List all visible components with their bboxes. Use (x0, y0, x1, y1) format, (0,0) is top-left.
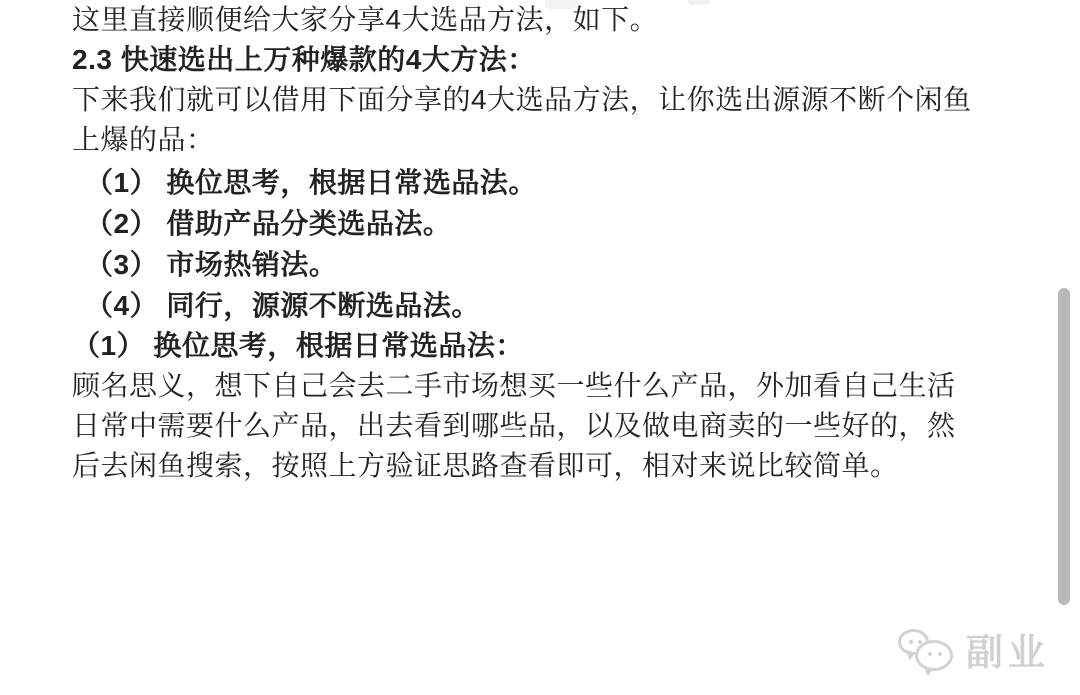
sub-paragraph: 顾名思义，想下自己会去二手市场想买一些什么产品，外加看自己生活日常中需要什么产品… (72, 366, 982, 486)
bubble-eye (928, 652, 932, 656)
method-list: （1） 换位思考，根据日常选品法。 （2） 借助产品分类选品法。 （3） 市场热… (72, 162, 982, 326)
wechat-icon (898, 629, 956, 677)
method-item-4: （4） 同行，源源不断选品法。 (85, 285, 982, 326)
bubble-tail (921, 666, 933, 677)
article-body: 这里直接顺便给大家分享4大选品方法，如下。 2.3 快速选出上万种爆款的4大方法… (72, 0, 982, 486)
watermark: 副业 (898, 629, 1050, 677)
sub-heading: （1） 换位思考，根据日常选品法： (72, 326, 982, 366)
intro-paragraph: 这里直接顺便给大家分享4大选品方法，如下。 (72, 0, 982, 40)
method-item-2: （2） 借助产品分类选品法。 (85, 203, 982, 244)
section-heading: 2.3 快速选出上万种爆款的4大方法： (72, 40, 982, 80)
method-item-3: （3） 市场热销法。 (85, 244, 982, 285)
bubble-tail (903, 650, 915, 662)
watermark-label: 副业 (966, 629, 1050, 677)
chat-bubble-large (915, 640, 953, 671)
bubble-eye (909, 640, 913, 644)
section-intro-paragraph: 下来我们就可以借用下面分享的4大选品方法，让你选出源源不断个闲鱼上爆的品： (72, 80, 982, 160)
scrollbar-thumb[interactable] (1058, 288, 1070, 605)
article-page: 这里直接顺便给大家分享4大选品方法，如下。 2.3 快速选出上万种爆款的4大方法… (0, 0, 1080, 695)
bubble-eye (938, 652, 942, 656)
method-item-1: （1） 换位思考，根据日常选品法。 (85, 162, 982, 203)
